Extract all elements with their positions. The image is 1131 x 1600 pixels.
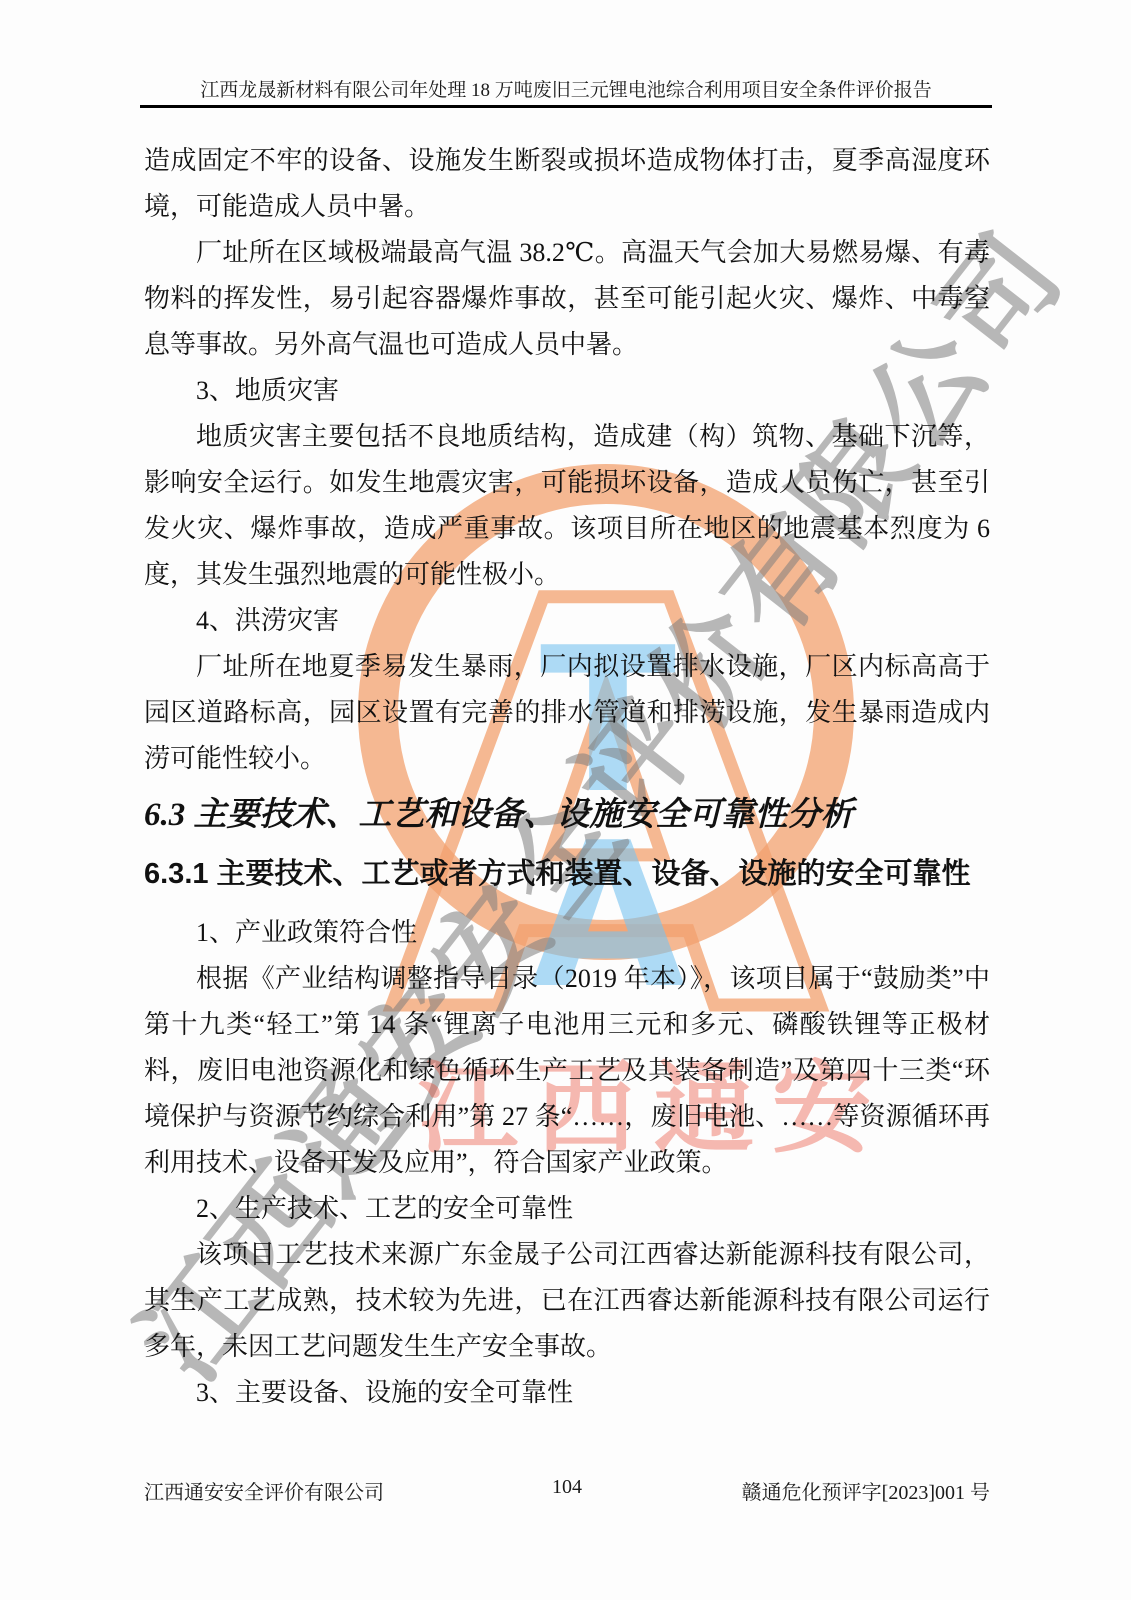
paragraph: 4、洪涝灾害 <box>144 598 990 644</box>
paragraph: 1、产业政策符合性 <box>144 910 990 956</box>
header-title: 江西龙晟新材料有限公司年处理 18 万吨废旧三元锂电池综合利用项目安全条件评价报… <box>140 78 992 104</box>
paragraph: 3、主要设备、设施的安全可靠性 <box>144 1370 990 1416</box>
paragraph: 地质灾害主要包括不良地质结构，造成建（构）筑物、基础下沉等，影响安全运行。如发生… <box>144 414 990 598</box>
body-paragraphs: 造成固定不牢的设备、设施发生断裂或损坏造成物体打击，夏季高湿度环境，可能造成人员… <box>144 138 990 1416</box>
footer-document-number: 赣通危化预评字[2023]001 号 <box>742 1476 990 1505</box>
paragraph: 2、生产技术、工艺的安全可靠性 <box>144 1186 990 1232</box>
paragraph: 厂址所在区域极端最高气温 38.2℃。高温天气会加大易燃易爆、有毒物料的挥发性，… <box>144 230 990 368</box>
section-heading: 6.3.1 主要技术、工艺或者方式和装置、设备、设施的安全可靠性 <box>144 850 990 898</box>
section-heading: 6.3 主要技术、工艺和设备、设施安全可靠性分析 <box>144 790 990 840</box>
paragraph: 该项目工艺技术来源广东金晟子公司江西睿达新能源科技有限公司，其生产工艺成熟，技术… <box>144 1232 990 1370</box>
paragraph: 根据《产业结构调整指导目录（2019 年本）》，该项目属于“鼓励类”中第十九类“… <box>144 956 990 1186</box>
report-page: A T A 江西通安安全评价有限公司 江西通安 江西龙晟新材料有限公司年处理 1… <box>0 0 1131 1600</box>
paragraph: 造成固定不牢的设备、设施发生断裂或损坏造成物体打击，夏季高湿度环境，可能造成人员… <box>144 138 990 230</box>
paragraph: 厂址所在地夏季易发生暴雨，厂内拟设置排水设施，厂区内标高高于园区道路标高，园区设… <box>144 644 990 782</box>
paragraph: 3、地质灾害 <box>144 368 990 414</box>
header-rule <box>140 105 992 108</box>
